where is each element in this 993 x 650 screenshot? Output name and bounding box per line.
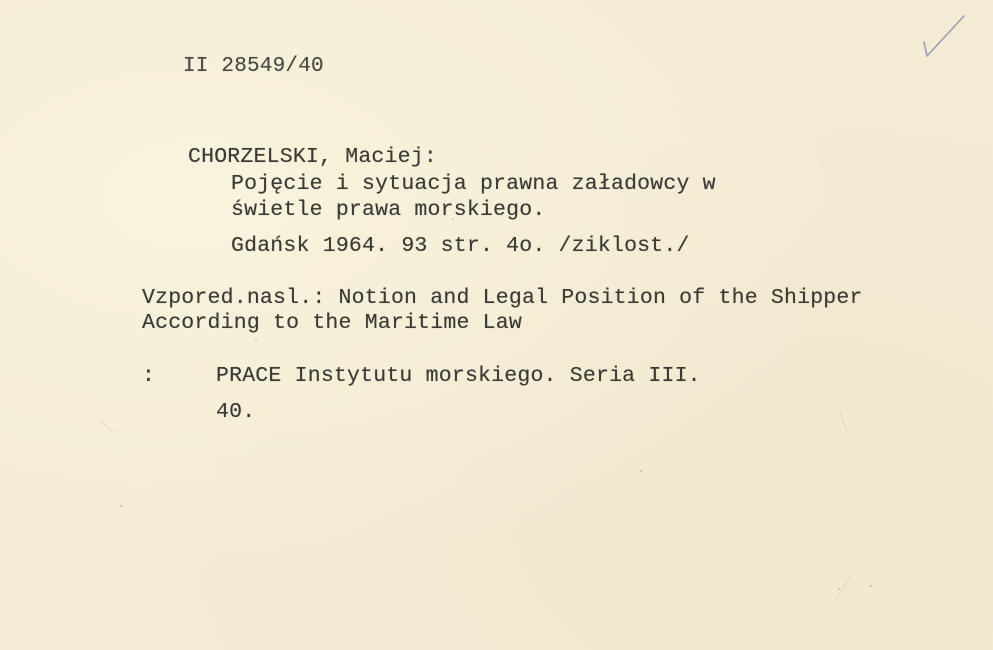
paper-fiber — [840, 412, 848, 431]
paper-speck — [255, 340, 257, 342]
paper-speck — [640, 470, 642, 472]
checkmark-icon — [918, 12, 968, 62]
parallel-title-line-2: According to the Maritime Law — [142, 311, 522, 335]
paper-speck — [120, 505, 122, 507]
parallel-title-line-1: Vzpored.nasl.: Notion and Legal Position… — [142, 286, 863, 310]
series-line-2: 40. — [216, 400, 255, 424]
paper-speck — [870, 585, 872, 587]
catalog-card: II 28549/40 CHORZELSKI, Maciej: Pojęcie … — [0, 0, 993, 650]
title-line-1: Pojęcie i sytuacja prawna załadowcy w — [231, 172, 716, 196]
paper-speck — [452, 218, 454, 220]
imprint-line: Gdańsk 1964. 93 str. 4o. /ziklost./ — [231, 234, 690, 258]
paper-speck — [838, 588, 840, 590]
series-separator: : — [142, 364, 155, 388]
series-line-1: PRACE Instytutu morskiego. Seria III. — [216, 364, 701, 388]
title-line-2: świetle prawa morskiego. — [231, 198, 545, 222]
call-number: II 28549/40 — [183, 55, 324, 79]
author-heading: CHORZELSKI, Maciej: — [188, 145, 437, 169]
paper-fiber — [100, 420, 114, 432]
